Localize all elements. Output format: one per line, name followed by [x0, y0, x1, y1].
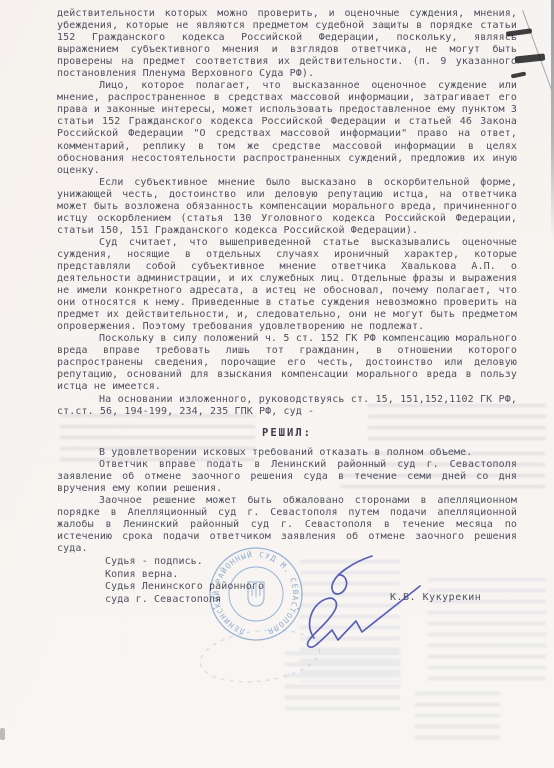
body-paragraph: Если субъективное мнение было высказано …	[57, 177, 517, 237]
document-body: действительности которых можно проверить…	[57, 8, 517, 555]
body-paragraph: Лицо, которое полагает, что высказанное …	[57, 80, 517, 176]
body-paragraph: действительности которых можно проверить…	[57, 8, 517, 80]
bleedthrough-artifact	[415, 692, 500, 747]
scan-speck-artifact	[0, 728, 5, 740]
body-paragraph: Суд считает, что вышеприведенной статье …	[57, 237, 517, 333]
body-paragraph: Поскольку в силу положений ч. 5 ст. 152 …	[57, 333, 517, 393]
scanned-court-decision-page: действительности которых можно проверить…	[0, 0, 554, 768]
decision-paragraph: В удовлетворении исковых требований отка…	[57, 447, 517, 459]
body-paragraph: На основании изложенного, руководствуясь…	[57, 394, 517, 418]
page-fold-artifact	[522, 10, 553, 93]
judge-signature-icon	[272, 542, 442, 662]
decision-paragraph: Ответчик вправе подать в Ленинский район…	[57, 459, 517, 495]
decision-heading: РЕШИЛ:	[57, 427, 517, 439]
